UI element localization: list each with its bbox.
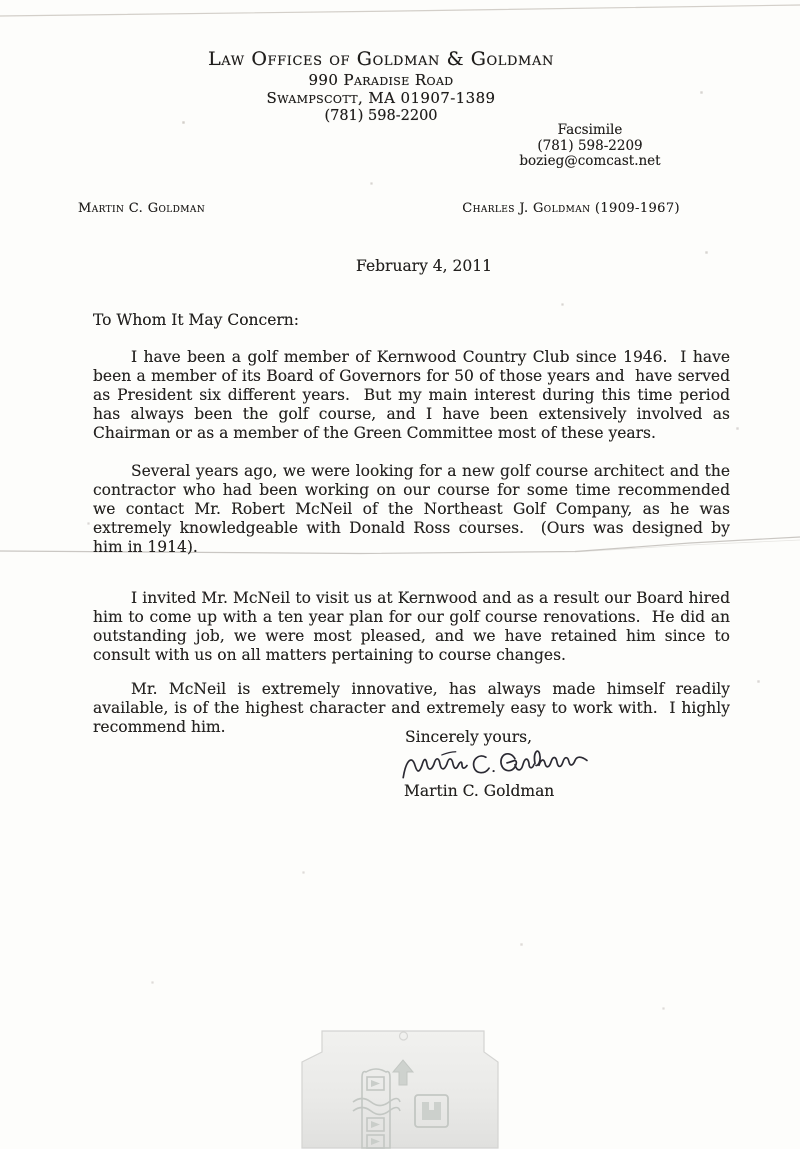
- fax-number: (781) 598-2209: [490, 139, 690, 155]
- address-line-2: Swampscott, MA 01907-1389: [0, 89, 762, 107]
- attorney-name-right: Charles J. Goldman (1909-1967): [462, 201, 680, 216]
- signature-typed-name: Martin C. Goldman: [404, 782, 554, 800]
- signature-last-name-stroke: [501, 750, 587, 771]
- signature-period-dot: [492, 770, 494, 772]
- letter-date: February 4, 2011: [0, 257, 800, 275]
- firm-name: Law Offices of Goldman & Goldman: [0, 48, 762, 71]
- fax-label: Facsimile: [490, 123, 690, 139]
- top-crease-line: [0, 5, 800, 16]
- signature-middle-initial-stroke: [473, 756, 489, 773]
- letter-paragraph: Several years ago, we were looking for a…: [93, 462, 730, 557]
- scanned-letter-page: Law Offices of Goldman & Goldman 990 Par…: [0, 0, 800, 1149]
- scanner-panel-artifact: [296, 1030, 506, 1149]
- attorney-name-left: Martin C. Goldman: [78, 201, 205, 216]
- address-line-1: 990 Paradise Road: [0, 71, 762, 89]
- fax-block: Facsimile (781) 598-2209 bozieg@comcast.…: [490, 123, 690, 170]
- signature-t-cross-stroke: [442, 752, 456, 755]
- letterhead: Law Offices of Goldman & Goldman 990 Par…: [0, 48, 762, 125]
- salutation: To Whom It May Concern:: [93, 311, 299, 329]
- scan-noise-speckles: [0, 0, 1, 1]
- letter-paragraph: I have been a golf member of Kernwood Co…: [93, 348, 730, 443]
- letter-body: I have been a golf member of Kernwood Co…: [93, 348, 730, 737]
- letter-paragraph: I invited Mr. McNeil to visit us at Kern…: [93, 589, 730, 665]
- signature-handwriting: [398, 742, 599, 787]
- email-address: bozieg@comcast.net: [490, 154, 690, 170]
- signature-first-name-stroke: [403, 758, 467, 777]
- scanner-panel-body: [302, 1031, 498, 1148]
